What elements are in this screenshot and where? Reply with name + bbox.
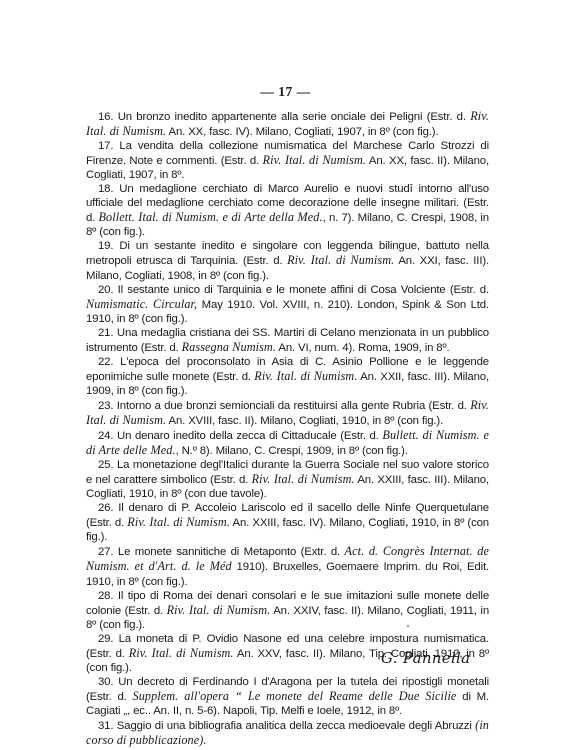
bibliography-entry: 25. La monetazione degl'Italici durante …: [86, 458, 489, 501]
entry-italic-title: Riv. Ital. di Numism.: [252, 472, 355, 486]
bibliography-entry: 27. Le monete sannitiche di Metaponto (E…: [86, 544, 489, 588]
bibliography-entry: 20. Il sestante unico di Tarquinia e le …: [86, 283, 489, 326]
bibliography-entry: 24. Un denaro inedito della zecca di Cit…: [86, 428, 489, 458]
bibliography-entry: 26. Il denaro di P. Accoleio Lariscolo e…: [86, 501, 489, 544]
print-speck: [407, 625, 409, 627]
bibliography-entry: 31. Saggio di una bibliografia analitica…: [86, 718, 489, 748]
bibliography-entry: 21. Una medaglia cristiana dei SS. Marti…: [86, 326, 489, 355]
entry-italic-title: Supplem. all'opera “ Le monete del Reame…: [133, 689, 457, 703]
entry-text: An. XVIII, fasc. II). Milano, Cogliati, …: [166, 415, 443, 427]
page-number: — 17 —: [0, 84, 571, 100]
bibliography-entry: 19. Di un sestante inedito e singolare c…: [86, 239, 489, 282]
entry-italic-title: Riv. Ital. di Numism.: [129, 646, 234, 660]
bibliography-entry: 30. Un decreto di Ferdinando I d'Aragona…: [86, 675, 489, 718]
bibliography-entry: 28. Il tipo di Roma dei denari consolari…: [86, 589, 489, 632]
entry-italic-title: Numismatic. Circular,: [86, 297, 197, 311]
entry-text: 27. Le monete sannitiche di Metaponto (E…: [98, 546, 345, 558]
entry-italic-title: Rassegna Numism.: [182, 340, 276, 354]
entry-text: An. VI, num. 4). Roma, 1909, in 8º.: [276, 342, 450, 354]
entry-text: 24. Un denaro inedito della zecca di Cit…: [98, 430, 382, 442]
bibliography-entry: 16. Un bronzo inedito appartenente alla …: [86, 109, 489, 139]
entry-text: , N.º 8). Milano, C. Crespi, 1909, in 8º…: [176, 445, 408, 457]
entry-text: 16. Un bronzo inedito appartenente alla …: [98, 111, 470, 123]
entry-text: 31. Saggio di una bibliografia analitica…: [98, 720, 475, 732]
entry-italic-title: Riv. Ital. di Numism.: [167, 603, 271, 617]
entry-text: 20. Il sestante unico di Tarquinia e le …: [98, 284, 489, 296]
bibliography-entry: 17. La vendita della collezione numismat…: [86, 139, 489, 182]
print-speck: [406, 524, 408, 526]
author-signature: G. Pannella: [381, 649, 470, 667]
entry-text: 23. Intorno a due bronzi semionciali da …: [98, 400, 470, 412]
bibliography-entry: 18. Un medaglione cerchiato di Marco Aur…: [86, 182, 489, 239]
entry-text: An. XX, fasc. IV). Milano, Cogliati, 190…: [166, 126, 438, 138]
entry-italic-title: Riv. Ital. di Numism.: [127, 515, 230, 529]
entry-italic-title: Riv. Ital. di Numism.: [263, 153, 366, 167]
bibliography-entry: 22. L'epoca del proconsolato in Asia di …: [86, 355, 489, 398]
bibliography-entry: 23. Intorno a due bronzi semionciali da …: [86, 398, 489, 428]
entry-italic-title: Bollett. Ital. di Numism. e di Arte dell…: [99, 210, 323, 224]
entry-italic-title: Riv. Ital. di Numism.: [287, 253, 394, 267]
entry-italic-title: Riv. Ital. di Numism.: [254, 369, 357, 383]
document-page: — 17 — 16. Un bronzo inedito appartenent…: [0, 0, 571, 750]
